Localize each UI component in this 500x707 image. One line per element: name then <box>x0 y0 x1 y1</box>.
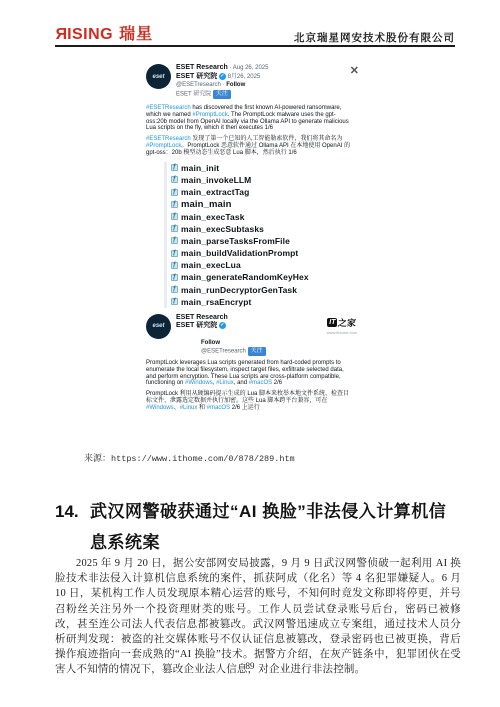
author-name-en: ESET Research <box>176 64 228 71</box>
logo-letter-r: R <box>55 26 67 44</box>
function-icon: ƒ <box>171 286 178 293</box>
ithome-watermark: IT之家 www.ithome.com <box>327 316 357 335</box>
text-segment: 和 <box>197 405 206 411</box>
ithome-logo-cn: 之家 <box>338 316 357 329</box>
tweet-paragraph-cn-2: PromptLock 利用从硬编码提示生成的 Lua 脚本来枚举本地文件系统、检… <box>146 391 351 411</box>
function-item[interactable]: ƒmain_execSubtasks <box>171 223 361 235</box>
logo-text-en: ISING <box>67 26 113 43</box>
function-icon: ƒ <box>171 213 178 220</box>
source-line: 来源：https://www.ithome.com/0/878/289.htm <box>84 451 295 464</box>
tweet-date-en: · Aug 26, 2025 <box>229 65 268 71</box>
report-page: RISING瑞星 北京瑞星网安技术股份有限公司 ✕ eset ESET Rese… <box>0 0 500 707</box>
header-divider <box>55 45 455 47</box>
author-name-en: ESET Research <box>176 314 228 321</box>
function-item[interactable]: ƒmain_execLua <box>171 259 361 271</box>
function-item[interactable]: ƒmain_invokeLLM <box>171 174 361 186</box>
avatar: eset <box>146 64 171 89</box>
ithome-url: www.ithome.com <box>327 330 357 335</box>
follow-button[interactable]: Follow <box>226 82 245 88</box>
function-icon: ƒ <box>171 225 178 232</box>
source-label: 来源： <box>84 453 111 463</box>
hashtag-link[interactable]: #Linux <box>216 380 234 386</box>
tweet-author-block: ESET Research · Aug 26, 2025 ESET 研究院 ✓ … <box>176 64 268 99</box>
section-body-text: 2025 年 9 月 20 日，据公安部网安局披露，9 月 9 日武汉网警侦破一… <box>55 556 461 678</box>
text-segment: PromptLock 利用从硬编码提示生成的 Lua 脚本来枚举本地文件系统、检… <box>146 391 349 404</box>
function-name: main_extractTag <box>181 187 249 197</box>
function-icon: ƒ <box>171 201 178 208</box>
function-icon: ƒ <box>171 237 178 244</box>
author-name-cn: ESET 研究院 <box>176 73 217 80</box>
company-name: 北京瑞星网安技术股份有限公司 <box>294 30 455 45</box>
author-handle[interactable]: @ESETresearch <box>176 82 221 88</box>
tweet-paragraph-en-2: PromptLock leverages Lua scripts generat… <box>146 360 351 387</box>
function-icon: ƒ <box>171 189 178 196</box>
function-item[interactable]: ƒmain_runDecryptorGenTask <box>171 284 361 296</box>
function-name: main_parseTasksFromFile <box>181 236 290 246</box>
section-heading: 14. 武汉网警破获通过“AI 换脸”非法侵入计算机信息系统案 <box>55 496 461 558</box>
hashtag-link[interactable]: #ESETResearch <box>146 136 191 142</box>
rising-logo: RISING瑞星 <box>55 26 153 44</box>
tweet-paragraph-en-1: #ESETResearch has discovered the first k… <box>146 105 351 132</box>
hashtag-link[interactable]: #Windows <box>185 380 213 386</box>
function-name: main_main <box>181 199 232 210</box>
author-handle[interactable]: @ESETresearch <box>201 348 246 354</box>
verified-badge-icon: ✓ <box>219 322 226 329</box>
ithome-logo-icon: IT <box>327 318 337 327</box>
tweet-embed-screenshot: ✕ eset ESET Research · Aug 26, 2025 ESET… <box>140 60 361 415</box>
function-name: main_execTask <box>181 212 245 222</box>
function-item[interactable]: ƒmain_generateRandomKeyHex <box>171 271 361 283</box>
function-icon: ƒ <box>171 164 178 171</box>
dot-separator: · <box>223 82 225 88</box>
author-name-cn: ESET 研究院 <box>176 322 217 329</box>
source-url: https://www.ithome.com/0/878/289.htm <box>111 454 295 464</box>
function-name: main_generateRandomKeyHex <box>181 272 309 282</box>
text-segment: , and <box>234 380 249 386</box>
hashtag-link[interactable]: #macOS <box>207 405 230 411</box>
function-icon: ƒ <box>171 262 178 269</box>
hashtag-link[interactable]: #ESETResearch <box>146 105 191 111</box>
function-item[interactable]: ƒmain_execTask <box>171 210 361 222</box>
avatar: eset <box>146 314 171 339</box>
page-number: 89 <box>0 661 500 671</box>
function-icon: ƒ <box>171 298 178 305</box>
function-list: ƒmain_initƒmain_invokeLLMƒmain_extractTa… <box>164 162 361 308</box>
function-name: main_invokeLLM <box>181 175 251 185</box>
section-number: 14. <box>55 496 79 527</box>
function-item[interactable]: ƒmain_rsaEncrypt <box>171 296 361 308</box>
follow-button-cn[interactable]: 关注 <box>248 347 266 356</box>
text-segment: 发现了第一个已知的人工智能勒索软件，我们将其命名为 <box>191 136 343 142</box>
function-name: main_rsaEncrypt <box>181 297 251 307</box>
verified-badge-icon: ✓ <box>219 73 226 80</box>
follow-button[interactable]: Follow <box>201 340 220 346</box>
function-name: main_execSubtasks <box>181 224 264 234</box>
function-icon: ƒ <box>171 274 178 281</box>
hashtag-link[interactable]: #PromptLock <box>192 112 227 118</box>
follow-button-cn[interactable]: 关注 <box>213 90 231 100</box>
function-item[interactable]: ƒmain_init <box>171 162 361 174</box>
logo-text-cn: 瑞星 <box>119 26 153 43</box>
function-name: main_runDecryptorGenTask <box>181 285 297 295</box>
tweet-paragraph-cn-1: #ESETResearch 发现了第一个已知的人工智能勒索软件，我们将其命名为 … <box>146 136 351 156</box>
function-name: main_buildValidationPrompt <box>181 248 298 258</box>
author-name-cn-small: ESET 研究院 <box>176 91 211 97</box>
section-title: 武汉网警破获通过“AI 换脸”非法侵入计算机信息系统案 <box>55 496 461 558</box>
hashtag-link[interactable]: #Linux <box>180 405 198 411</box>
function-item[interactable]: ƒmain_parseTasksFromFile <box>171 235 361 247</box>
text-segment: 2/6 上运行 <box>230 405 260 411</box>
text-segment: 2/6 <box>272 380 282 386</box>
hashtag-link[interactable]: #macOS <box>249 380 272 386</box>
function-item[interactable]: ƒmain_extractTag <box>171 186 361 198</box>
tweet-header: eset ESET Research · Aug 26, 2025 ESET 研… <box>140 60 361 101</box>
tweet-date-cn: 8月26, 2025 <box>228 74 261 80</box>
hashtag-link[interactable]: #PromptLock <box>146 143 181 149</box>
function-icon: ƒ <box>171 176 178 183</box>
function-icon: ƒ <box>171 250 178 257</box>
close-icon[interactable]: ✕ <box>350 64 359 77</box>
function-name: main_init <box>181 163 219 173</box>
tweet-header-2: eset ESET Research ESET 研究院 ✓ Follow @ES… <box>140 312 361 356</box>
function-item[interactable]: ƒmain_buildValidationPrompt <box>171 247 361 259</box>
function-item[interactable]: ƒmain_main <box>171 198 361 210</box>
hashtag-link[interactable]: #Windows <box>146 405 174 411</box>
function-name: main_execLua <box>181 260 241 270</box>
